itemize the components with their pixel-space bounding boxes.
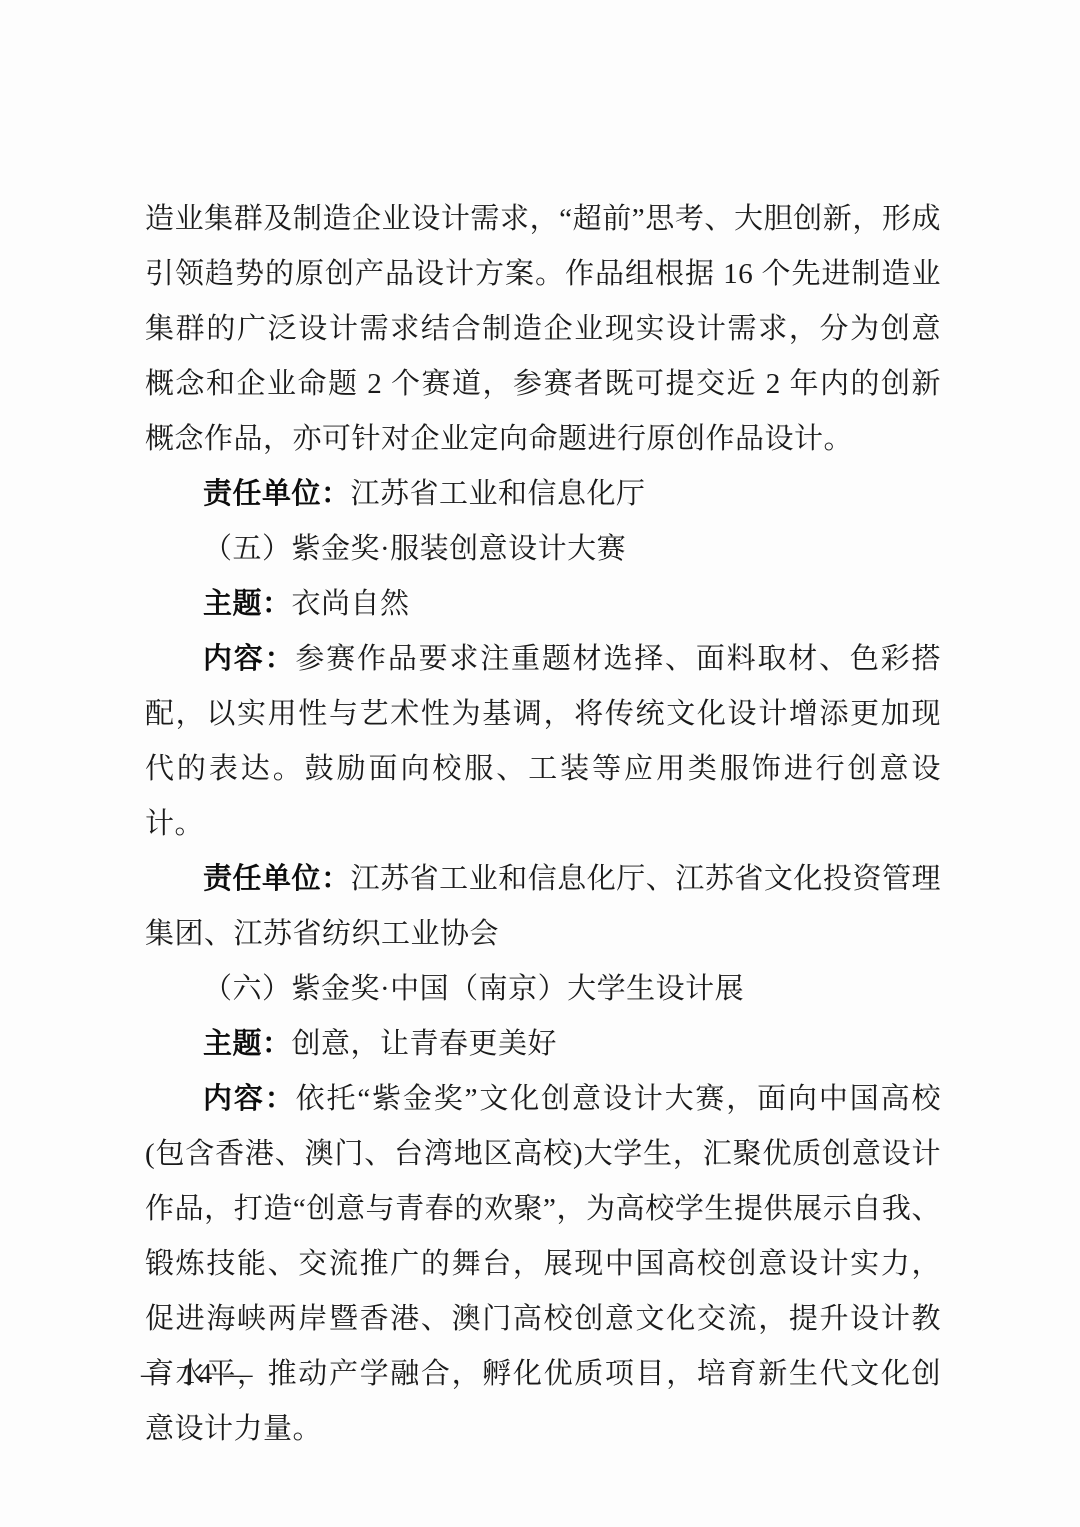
theme-1-label: 主题： <box>203 588 292 620</box>
responsible-unit-2-label: 责任单位： <box>203 863 351 895</box>
section-6-heading-text: （六）紫金奖·中国（南京）大学生设计展 <box>203 973 744 1005</box>
content-1-label: 内容： <box>203 643 295 675</box>
paragraph-continuation: 造业集群及制造企业设计需求，“超前”思考、大胆创新，形成引领趋势的原创产品设计方… <box>145 192 941 467</box>
content-2-text: 依托“紫金奖”文化创意设计大赛，面向中国高校(包含香港、澳门、台湾地区高校)大学… <box>145 1083 941 1445</box>
paragraph-theme-2: 主题：创意，让青春更美好 <box>145 1017 941 1072</box>
responsible-unit-1-text: 江苏省工业和信息化厅 <box>351 478 646 510</box>
theme-2-label: 主题： <box>203 1028 292 1060</box>
paragraph-section-6-heading: （六）紫金奖·中国（南京）大学生设计展 <box>145 962 941 1017</box>
responsible-unit-1-label: 责任单位： <box>203 478 351 510</box>
paragraph-responsible-unit-2: 责任单位：江苏省工业和信息化厅、江苏省文化投资管理集团、江苏省纺织工业协会 <box>145 852 941 962</box>
paragraph-section-5-heading: （五）紫金奖·服装创意设计大赛 <box>145 522 941 577</box>
paragraph-theme-1: 主题：衣尚自然 <box>145 577 941 632</box>
paragraph-responsible-unit-1: 责任单位：江苏省工业和信息化厅 <box>145 467 941 522</box>
document-body: 造业集群及制造企业设计需求，“超前”思考、大胆创新，形成引领趋势的原创产品设计方… <box>145 192 941 1457</box>
paragraph-continuation-text: 造业集群及制造企业设计需求，“超前”思考、大胆创新，形成引领趋势的原创产品设计方… <box>145 203 941 455</box>
section-5-heading-text: （五）紫金奖·服装创意设计大赛 <box>203 533 626 565</box>
page-number: — 14 — <box>141 1358 255 1391</box>
theme-1-text: 衣尚自然 <box>292 588 410 620</box>
paragraph-content-2: 内容：依托“紫金奖”文化创意设计大赛，面向中国高校(包含香港、澳门、台湾地区高校… <box>145 1072 941 1457</box>
document-page: 造业集群及制造企业设计需求，“超前”思考、大胆创新，形成引领趋势的原创产品设计方… <box>0 0 1080 1527</box>
content-2-label: 内容： <box>203 1083 296 1115</box>
theme-2-text: 创意，让青春更美好 <box>292 1028 558 1060</box>
paragraph-content-1: 内容：参赛作品要求注重题材选择、面料取材、色彩搭配，以实用性与艺术性为基调，将传… <box>145 632 941 852</box>
